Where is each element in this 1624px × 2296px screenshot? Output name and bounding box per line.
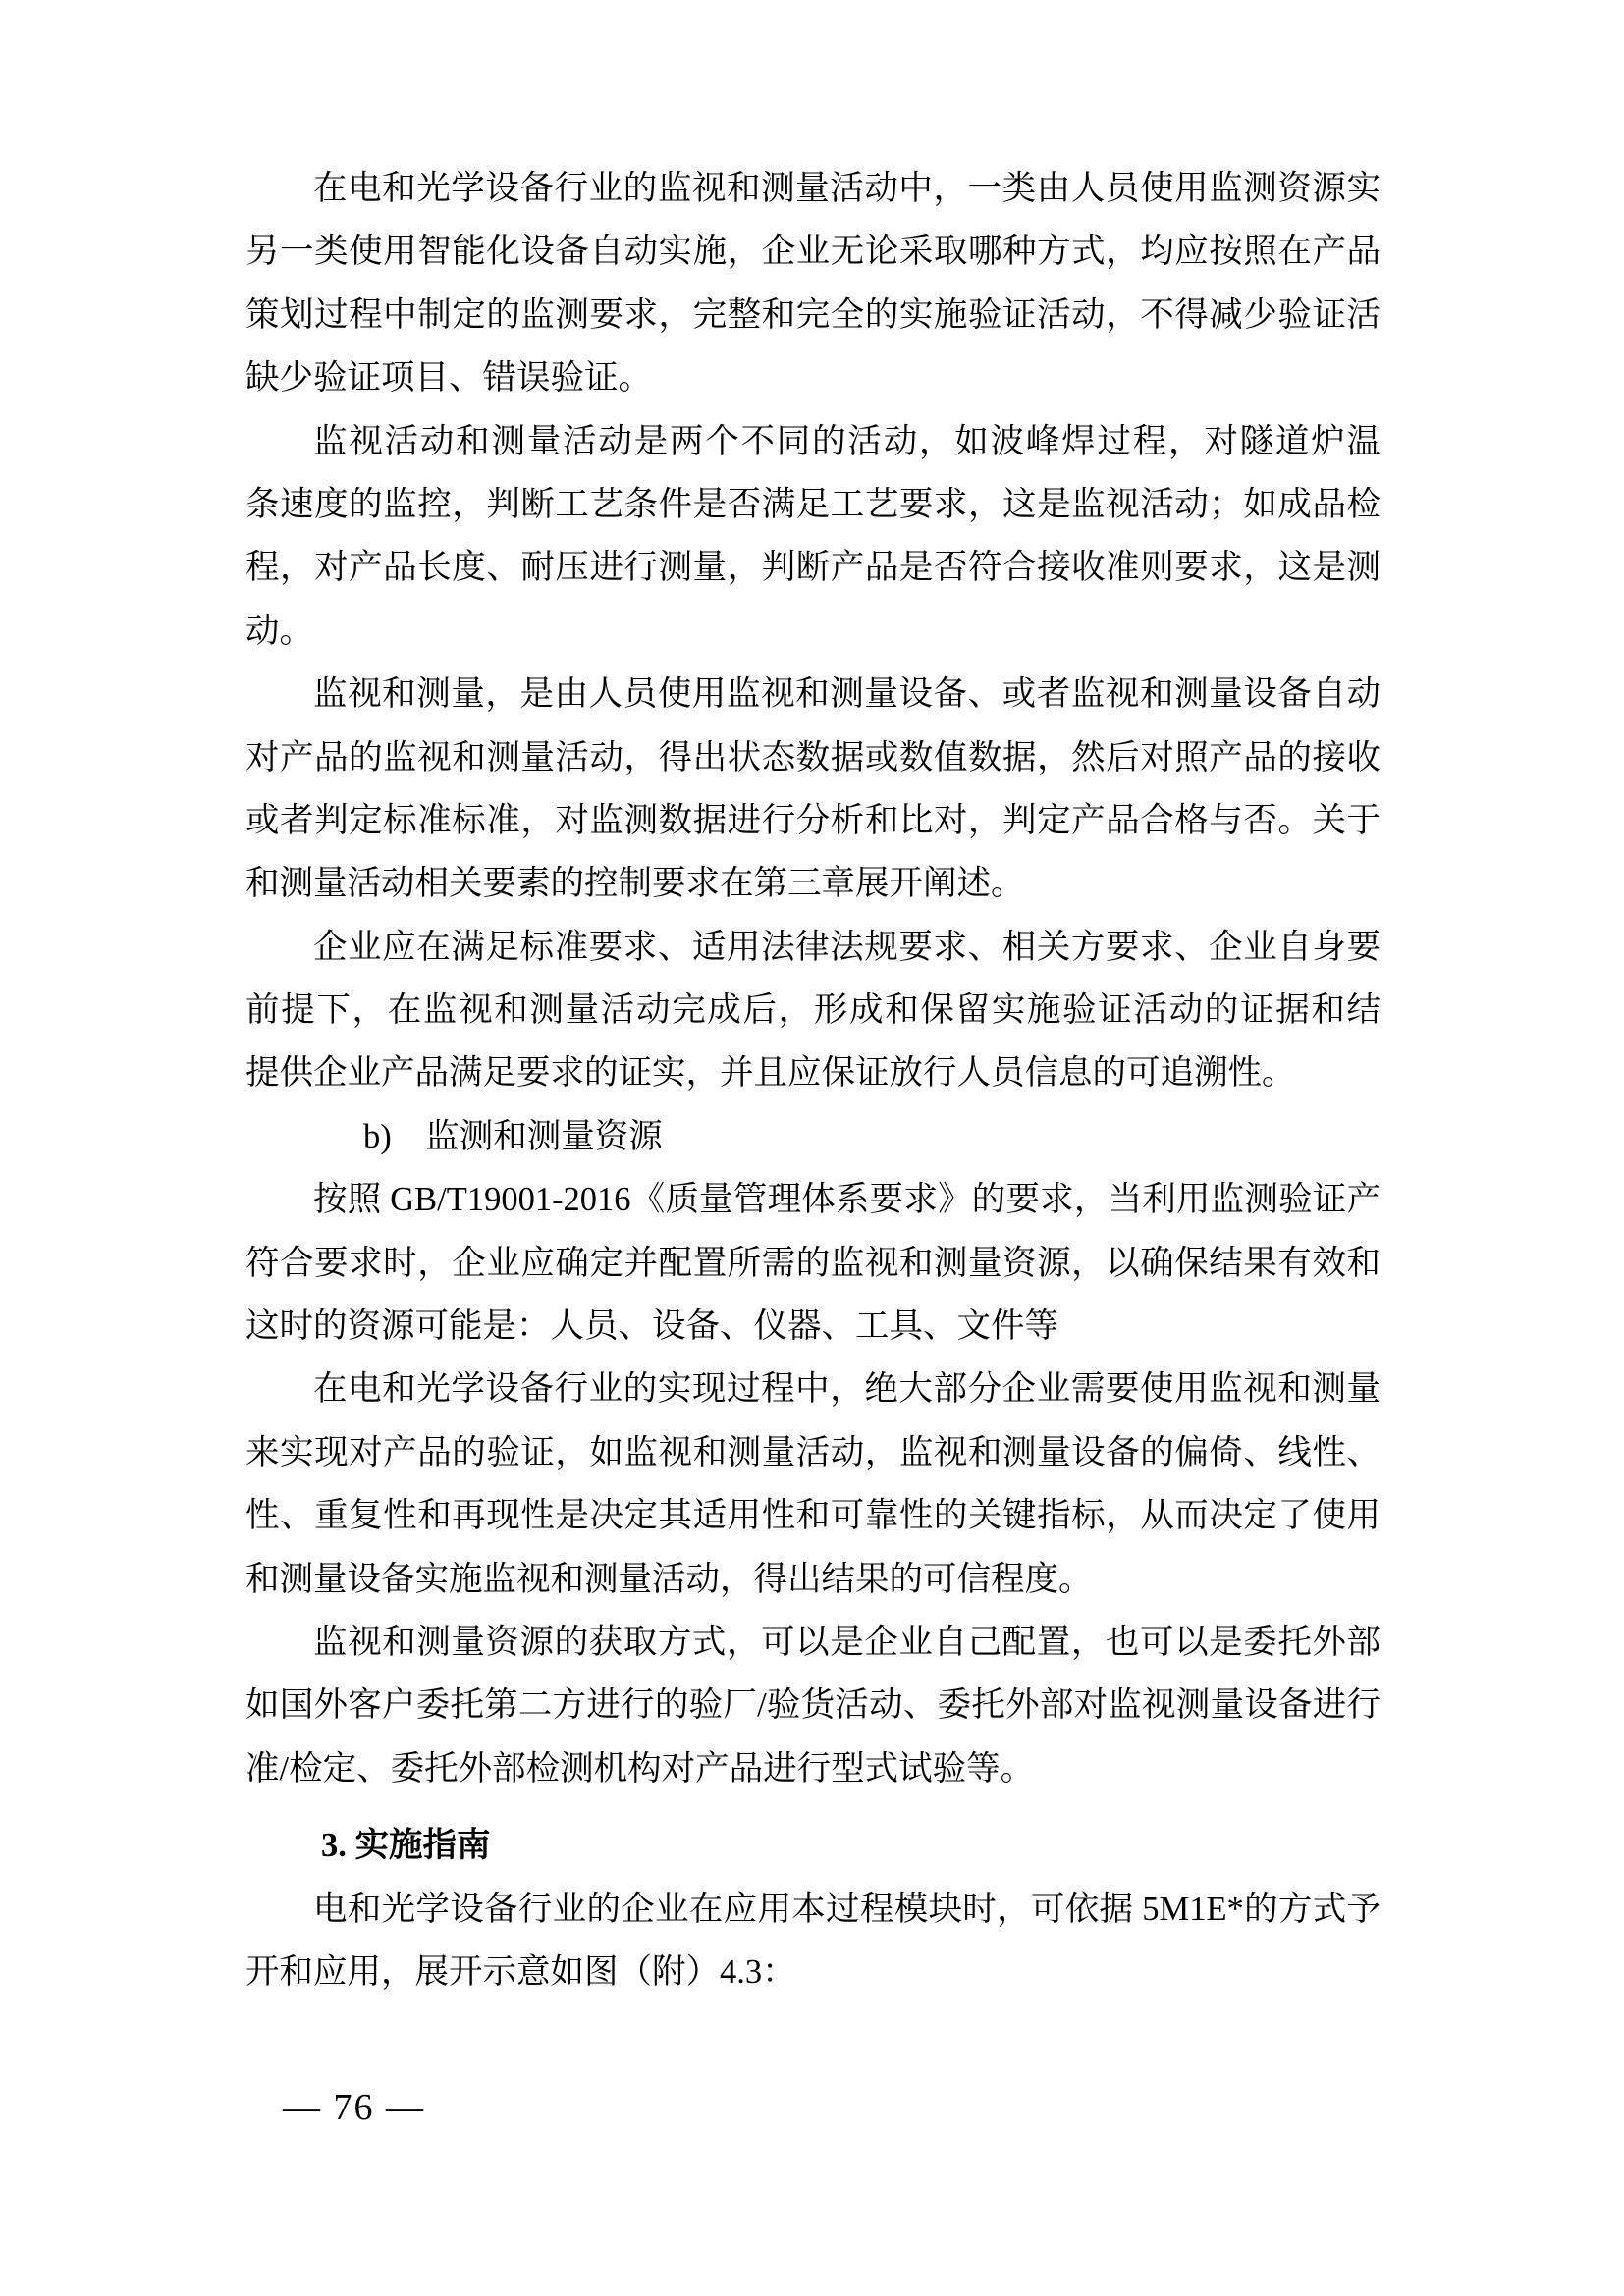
text-line: 符合要求时，企业应确定并配置所需的监视和测量资源，以确保结果有效和可靠。 xyxy=(245,1232,1380,1295)
text-line: 前提下，在监视和测量活动完成后，形成和保留实施验证活动的证据和结果，以 xyxy=(245,979,1380,1041)
text-line: 缺少验证项目、错误验证。 xyxy=(245,347,1380,409)
text-line: 条速度的监控，判断工艺条件是否满足工艺要求，这是监视活动；如成品检验过 xyxy=(245,473,1380,536)
text-line: 策划过程中制定的监测要求，完整和完全的实施验证活动，不得减少验证活动、 xyxy=(245,284,1380,347)
text-line: 动。 xyxy=(245,600,1380,663)
text-line: 这时的资源可能是：人员、设备、仪器、工具、文件等 xyxy=(245,1295,1380,1358)
text-line: 开和应用，展开示意如图（附）4.3： xyxy=(245,1941,1380,2003)
text-line: 准/检定、委托外部检测机构对产品进行型式试验等。 xyxy=(245,1737,1380,1800)
text-line: 企业应在满足标准要求、适用法律法规要求、相关方要求、企业自身要求的 xyxy=(245,916,1380,979)
text-line: 在电和光学设备行业的实现过程中，绝大部分企业需要使用监视和测量设备 xyxy=(245,1358,1380,1420)
text-line: 监视活动和测量活动是两个不同的活动，如波峰焊过程，对隧道炉温度、链 xyxy=(245,410,1380,473)
document-page: 在电和光学设备行业的监视和测量活动中，一类由人员使用监测资源实施，另一类使用智能… xyxy=(0,0,1624,2296)
text-line: 来实现对产品的验证，如监视和测量活动，监视和测量设备的偏倚、线性、稳定 xyxy=(245,1421,1380,1484)
text-line: 按照 GB/T19001-2016《质量管理体系要求》的要求，当利用监测验证产品 xyxy=(245,1168,1380,1231)
text-line: 电和光学设备行业的企业在应用本过程模块时，可依据 5M1E*的方式予以展 xyxy=(245,1878,1380,1941)
text-line: 和测量设备实施监视和测量活动，得出结果的可信程度。 xyxy=(245,1548,1380,1611)
text-line: 监视和测量资源的获取方式，可以是企业自己配置，也可以是委托外部进行， xyxy=(245,1611,1380,1674)
text-line: 和测量活动相关要素的控制要求在第三章展开阐述。 xyxy=(245,852,1380,915)
text-line: 提供企业产品满足要求的证实，并且应保证放行人员信息的可追溯性。 xyxy=(245,1041,1380,1104)
text-line: 性、重复性和再现性是决定其适用性和可靠性的关键指标，从而决定了使用监视 xyxy=(245,1484,1380,1547)
text-line: 或者判定标准标准，对监测数据进行分析和比对，判定产品合格与否。关于监视 xyxy=(245,789,1380,852)
text-line: 另一类使用智能化设备自动实施，企业无论采取哪种方式，均应按照在产品实现 xyxy=(245,220,1380,283)
page-number: — 76 — xyxy=(283,2083,425,2132)
text-line: 在电和光学设备行业的监视和测量活动中，一类由人员使用监测资源实施， xyxy=(245,157,1380,220)
section-heading: 3. 实施指南 xyxy=(245,1814,1380,1877)
text-line: 如国外客户委托第二方进行的验厂/验货活动、委托外部对监视测量设备进行校 xyxy=(245,1674,1380,1736)
text-line: b) 监测和测量资源 xyxy=(245,1105,1380,1168)
text-line: 程，对产品长度、耐压进行测量，判断产品是否符合接收准则要求，这是测量活 xyxy=(245,536,1380,599)
text-line: 监视和测量，是由人员使用监视和测量设备、或者监视和测量设备自动完成， xyxy=(245,663,1380,725)
text-line: 对产品的监视和测量活动，得出状态数据或数值数据，然后对照产品的接收准则 xyxy=(245,726,1380,789)
text-body: 在电和光学设备行业的监视和测量活动中，一类由人员使用监测资源实施，另一类使用智能… xyxy=(245,157,1380,2003)
